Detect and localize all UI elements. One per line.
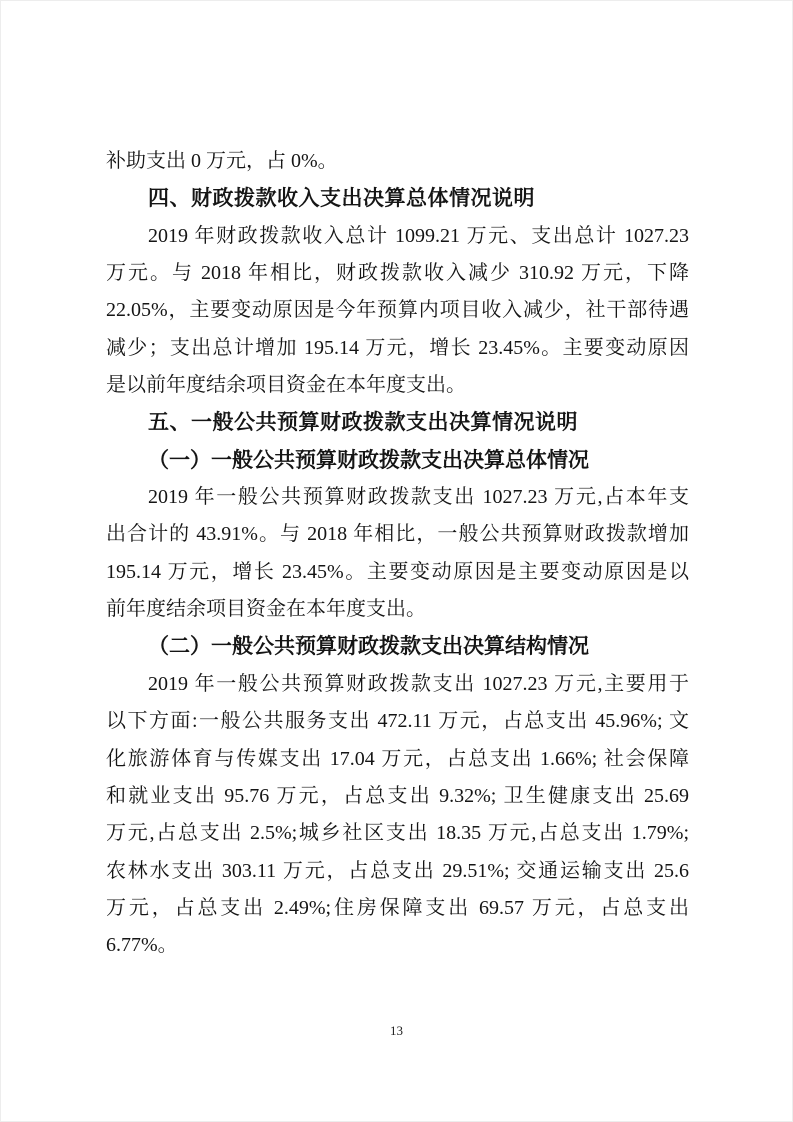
body-line: 2019 年财政拨款收入总计 1099.21 万元、支出总计 1027.23 — [106, 218, 689, 255]
body-line: 以下方面:一般公共服务支出 472.11 万元，占总支出 45.96%; 文 — [106, 703, 689, 740]
heading-section-5: 五、一般公共预算财政拨款支出决算情况说明 — [106, 404, 689, 441]
heading-subsection-2: （二）一般公共预算财政拨款支出决算结构情况 — [106, 628, 689, 665]
body-line: 前年度结余项目资金在本年度支出。 — [106, 591, 689, 628]
page-number: 13 — [1, 1023, 792, 1039]
body-line: 农林水支出 303.11 万元，占总支出 29.51%; 交通运输支出 25.6 — [106, 853, 689, 890]
body-line: 是以前年度结余项目资金在本年度支出。 — [106, 367, 689, 404]
body-line: 万元。与 2018 年相比，财政拨款收入减少 310.92 万元，下降 — [106, 255, 689, 292]
document-body: 补助支出 0 万元，占 0%。 四、财政拨款收入支出决算总体情况说明 2019 … — [106, 143, 689, 965]
paragraph-continuation-line: 补助支出 0 万元，占 0%。 — [106, 143, 689, 180]
body-line: 2019 年一般公共预算财政拨款支出 1027.23 万元,占本年支 — [106, 479, 689, 516]
body-line: 195.14 万元，增长 23.45%。主要变动原因是主要变动原因是以 — [106, 554, 689, 591]
body-line: 22.05%，主要变动原因是今年预算内项目收入减少，社干部待遇 — [106, 292, 689, 329]
body-line: 和就业支出 95.76 万元，占总支出 9.32%; 卫生健康支出 25.69 — [106, 778, 689, 815]
heading-section-4: 四、财政拨款收入支出决算总体情况说明 — [106, 180, 689, 217]
body-line: 6.77%。 — [106, 927, 689, 964]
heading-subsection-1: （一）一般公共预算财政拨款支出决算总体情况 — [106, 442, 689, 479]
body-line: 万元，占总支出 2.49%;住房保障支出 69.57 万元，占总支出 — [106, 890, 689, 927]
body-line: 出合计的 43.91%。与 2018 年相比，一般公共预算财政拨款增加 — [106, 516, 689, 553]
body-line: 万元,占总支出 2.5%;城乡社区支出 18.35 万元,占总支出 1.79%; — [106, 815, 689, 852]
body-line: 化旅游体育与传媒支出 17.04 万元，占总支出 1.66%; 社会保障 — [106, 741, 689, 778]
body-line: 减少；支出总计增加 195.14 万元，增长 23.45%。主要变动原因 — [106, 330, 689, 367]
body-line: 2019 年一般公共预算财政拨款支出 1027.23 万元,主要用于 — [106, 666, 689, 703]
document-page: 补助支出 0 万元，占 0%。 四、财政拨款收入支出决算总体情况说明 2019 … — [0, 0, 793, 1122]
